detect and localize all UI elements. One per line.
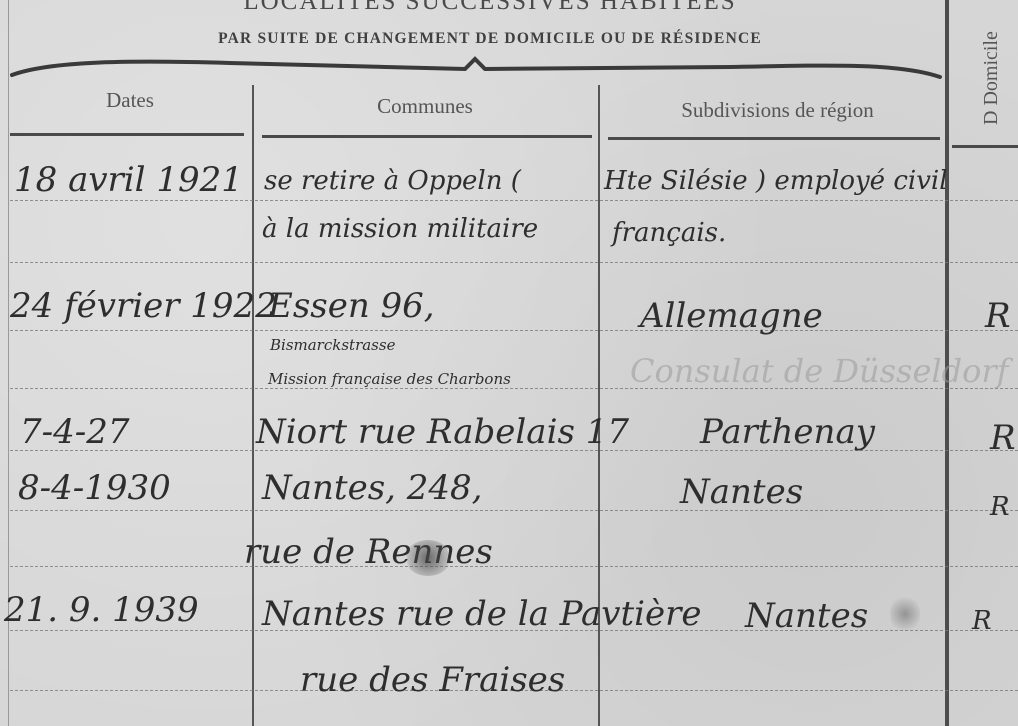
header-rule-dates <box>10 133 244 136</box>
form-title: LOCALITÉS SUCCESSIVES HABITÉES <box>180 0 800 16</box>
entry-commune-detail: rue des Fraises <box>300 660 565 700</box>
entry-domicile: R <box>972 606 992 636</box>
column-header-dates: Dates <box>60 88 200 113</box>
entry-commune: Essen 96, <box>268 286 435 326</box>
header-rule-communes <box>262 135 592 138</box>
entry-date: 7-4-27 <box>20 412 130 452</box>
header-rule-subdivisions <box>608 137 940 140</box>
entry-subdivision: Parthenay <box>700 412 875 452</box>
entry-subdivision-detail: français. <box>612 218 726 248</box>
form-subtitle: PAR SUITE DE CHANGEMENT DE DOMICILE OU D… <box>70 30 910 48</box>
ruled-line <box>10 200 1018 202</box>
header-rule-domicile <box>952 145 1018 148</box>
entry-commune-detail: Mission française des Charbons <box>268 370 511 388</box>
column-header-subdivisions: Subdivisions de région <box>615 98 940 123</box>
consulate-stamp: Consulat de Düsseldorf <box>630 352 1009 390</box>
entry-subdivision: Allemagne <box>640 296 823 336</box>
ruled-line <box>10 510 1018 512</box>
entry-domicile: R <box>985 296 1011 336</box>
entry-date: 24 février 1922 <box>10 286 277 326</box>
entry-domicile: R <box>990 492 1010 522</box>
ruled-line <box>10 330 1018 332</box>
brace-decoration <box>10 55 945 85</box>
ink-blot <box>405 540 451 576</box>
column-header-domicile: D Domicile <box>980 31 1003 125</box>
entry-subdivision: Nantes <box>680 472 803 512</box>
entry-subdivision: Nantes <box>745 596 868 636</box>
entry-commune: Nantes rue de la Pavtière <box>262 594 702 634</box>
entry-date: 21. 9. 1939 <box>4 590 199 630</box>
entry-commune-detail: rue de Rennes <box>244 532 493 572</box>
entry-date: 8-4-1930 <box>18 468 171 508</box>
entry-date: 18 avril 1921 <box>14 160 243 200</box>
entry-commune-detail: à la mission militaire <box>262 214 538 244</box>
entry-commune: Niort rue Rabelais 17 <box>256 412 629 452</box>
ruled-line <box>10 566 1018 568</box>
ruled-line <box>10 262 1018 264</box>
ink-smudge <box>890 594 920 634</box>
entry-subdivision: Hte Silésie ) employé civil <box>604 166 948 196</box>
entry-commune: Nantes, 248, <box>262 468 482 508</box>
entry-domicile: R <box>990 418 1016 458</box>
entry-commune: se retire à Oppeln ( <box>264 166 521 196</box>
column-header-communes: Communes <box>330 94 520 119</box>
entry-commune-street: Bismarckstrasse <box>270 336 395 354</box>
